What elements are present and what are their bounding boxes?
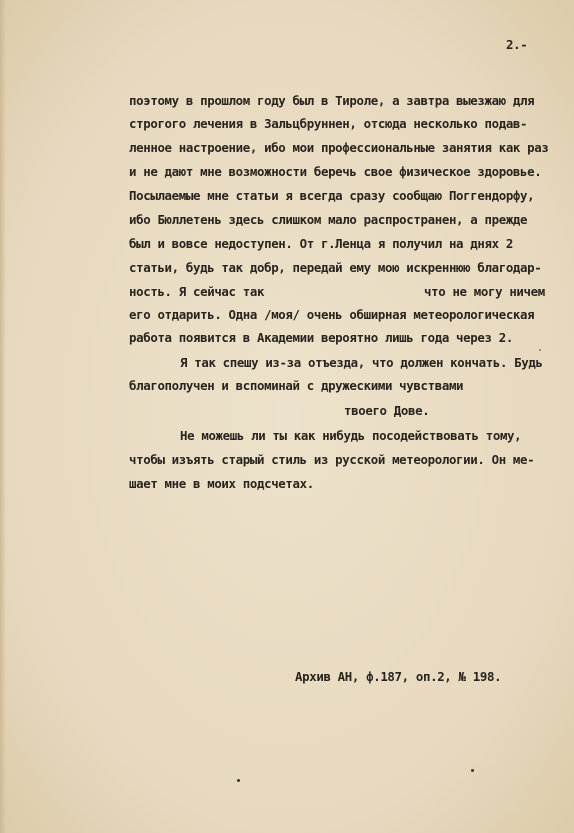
document-page: 2.- поэтому в прошлом году был в Тироле,… [0,0,574,833]
text-line: что не могу ничем [424,284,545,300]
text-line: ность. Я сейчас так [129,284,264,300]
text-line: и не дают мне возможности беречь свое фи… [129,164,541,180]
text-line: Я так спешу из-за отъезда, что должен ко… [180,355,543,371]
page-number: 2.- [506,37,527,53]
text-line: был и вовсе недоступен. От г.Ленца я пол… [129,236,513,252]
text-line: Посылаемые мне статьи я всегда сразу соо… [129,188,534,204]
text-line: благополучен и вспоминай с дружескими чу… [129,378,463,394]
archive-reference: Архив АН, ф.187, оп.2, № 198. [295,669,501,685]
text-line: шает мне в моих подсчетах. [129,476,314,492]
text-line: поэтому в прошлом году был в Тироле, а з… [129,93,534,109]
text-line: ленное настроение, ибо мои профессиональ… [129,140,548,156]
text-line: чтобы изъять старый стиль из русской мет… [129,452,534,468]
text-line: строгого лечения в Зальцбруннен, отсюда … [129,116,527,132]
paper-speck [471,769,474,772]
paper-speck [237,779,240,782]
text-line: его отдарить. Одна /моя/ очень обширная … [129,307,534,323]
paper-edge [0,0,6,833]
text-line: статьи, будь так добр, передай ему мою и… [129,260,541,276]
paper-speck [539,349,541,351]
text-line: ибо Бюллетень здесь слишком мало распрос… [129,212,527,228]
signature-line: твоего Дове. [344,403,429,419]
text-line: работа появится в Академии вероятно лишь… [129,330,513,346]
text-line: Не можешь ли ты как нибудь посодействова… [180,428,521,444]
